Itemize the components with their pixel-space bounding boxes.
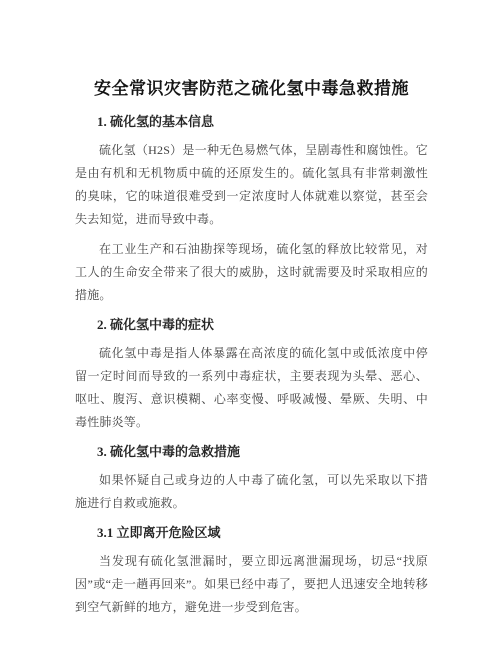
document-page: 安全常识灾害防范之硫化氢中毒急救措施 1. 硫化氢的基本信息 硫化氢（H2S）是…	[0, 0, 500, 647]
paragraph-first-aid-intro: 如果怀疑自己或身边的人中毒了硫化氢，可以先采取以下措施进行自救或施救。	[75, 469, 428, 515]
paragraph-basic-info-1: 硫化氢（H2S）是一种无色易燃气体，呈剧毒性和腐蚀性。它是由有机和无机物质中硫的…	[75, 139, 428, 231]
section-heading-leave-danger-zone: 3.1 立即离开危险区域	[75, 524, 428, 542]
section-heading-first-aid: 3. 硫化氢中毒的急救措施	[75, 443, 428, 461]
paragraph-basic-info-2: 在工业生产和石油勘探等现场，硫化氢的释放比较常见，对工人的生命安全带来了很大的威…	[75, 238, 428, 307]
paragraph-leave-danger-zone: 当发现有硫化氢泄漏时，要立即远离泄漏现场，切忌“找原因”或“走一趟再回来”。如果…	[75, 550, 428, 619]
document-title: 安全常识灾害防范之硫化氢中毒急救措施	[75, 76, 428, 102]
section-heading-basic-info: 1. 硫化氢的基本信息	[75, 113, 428, 131]
paragraph-symptoms: 硫化氢中毒是指人体暴露在高浓度的硫化氢中或低浓度中停留一定时间而导致的一系列中毒…	[75, 342, 428, 434]
section-heading-symptoms: 2. 硫化氢中毒的症状	[75, 316, 428, 334]
